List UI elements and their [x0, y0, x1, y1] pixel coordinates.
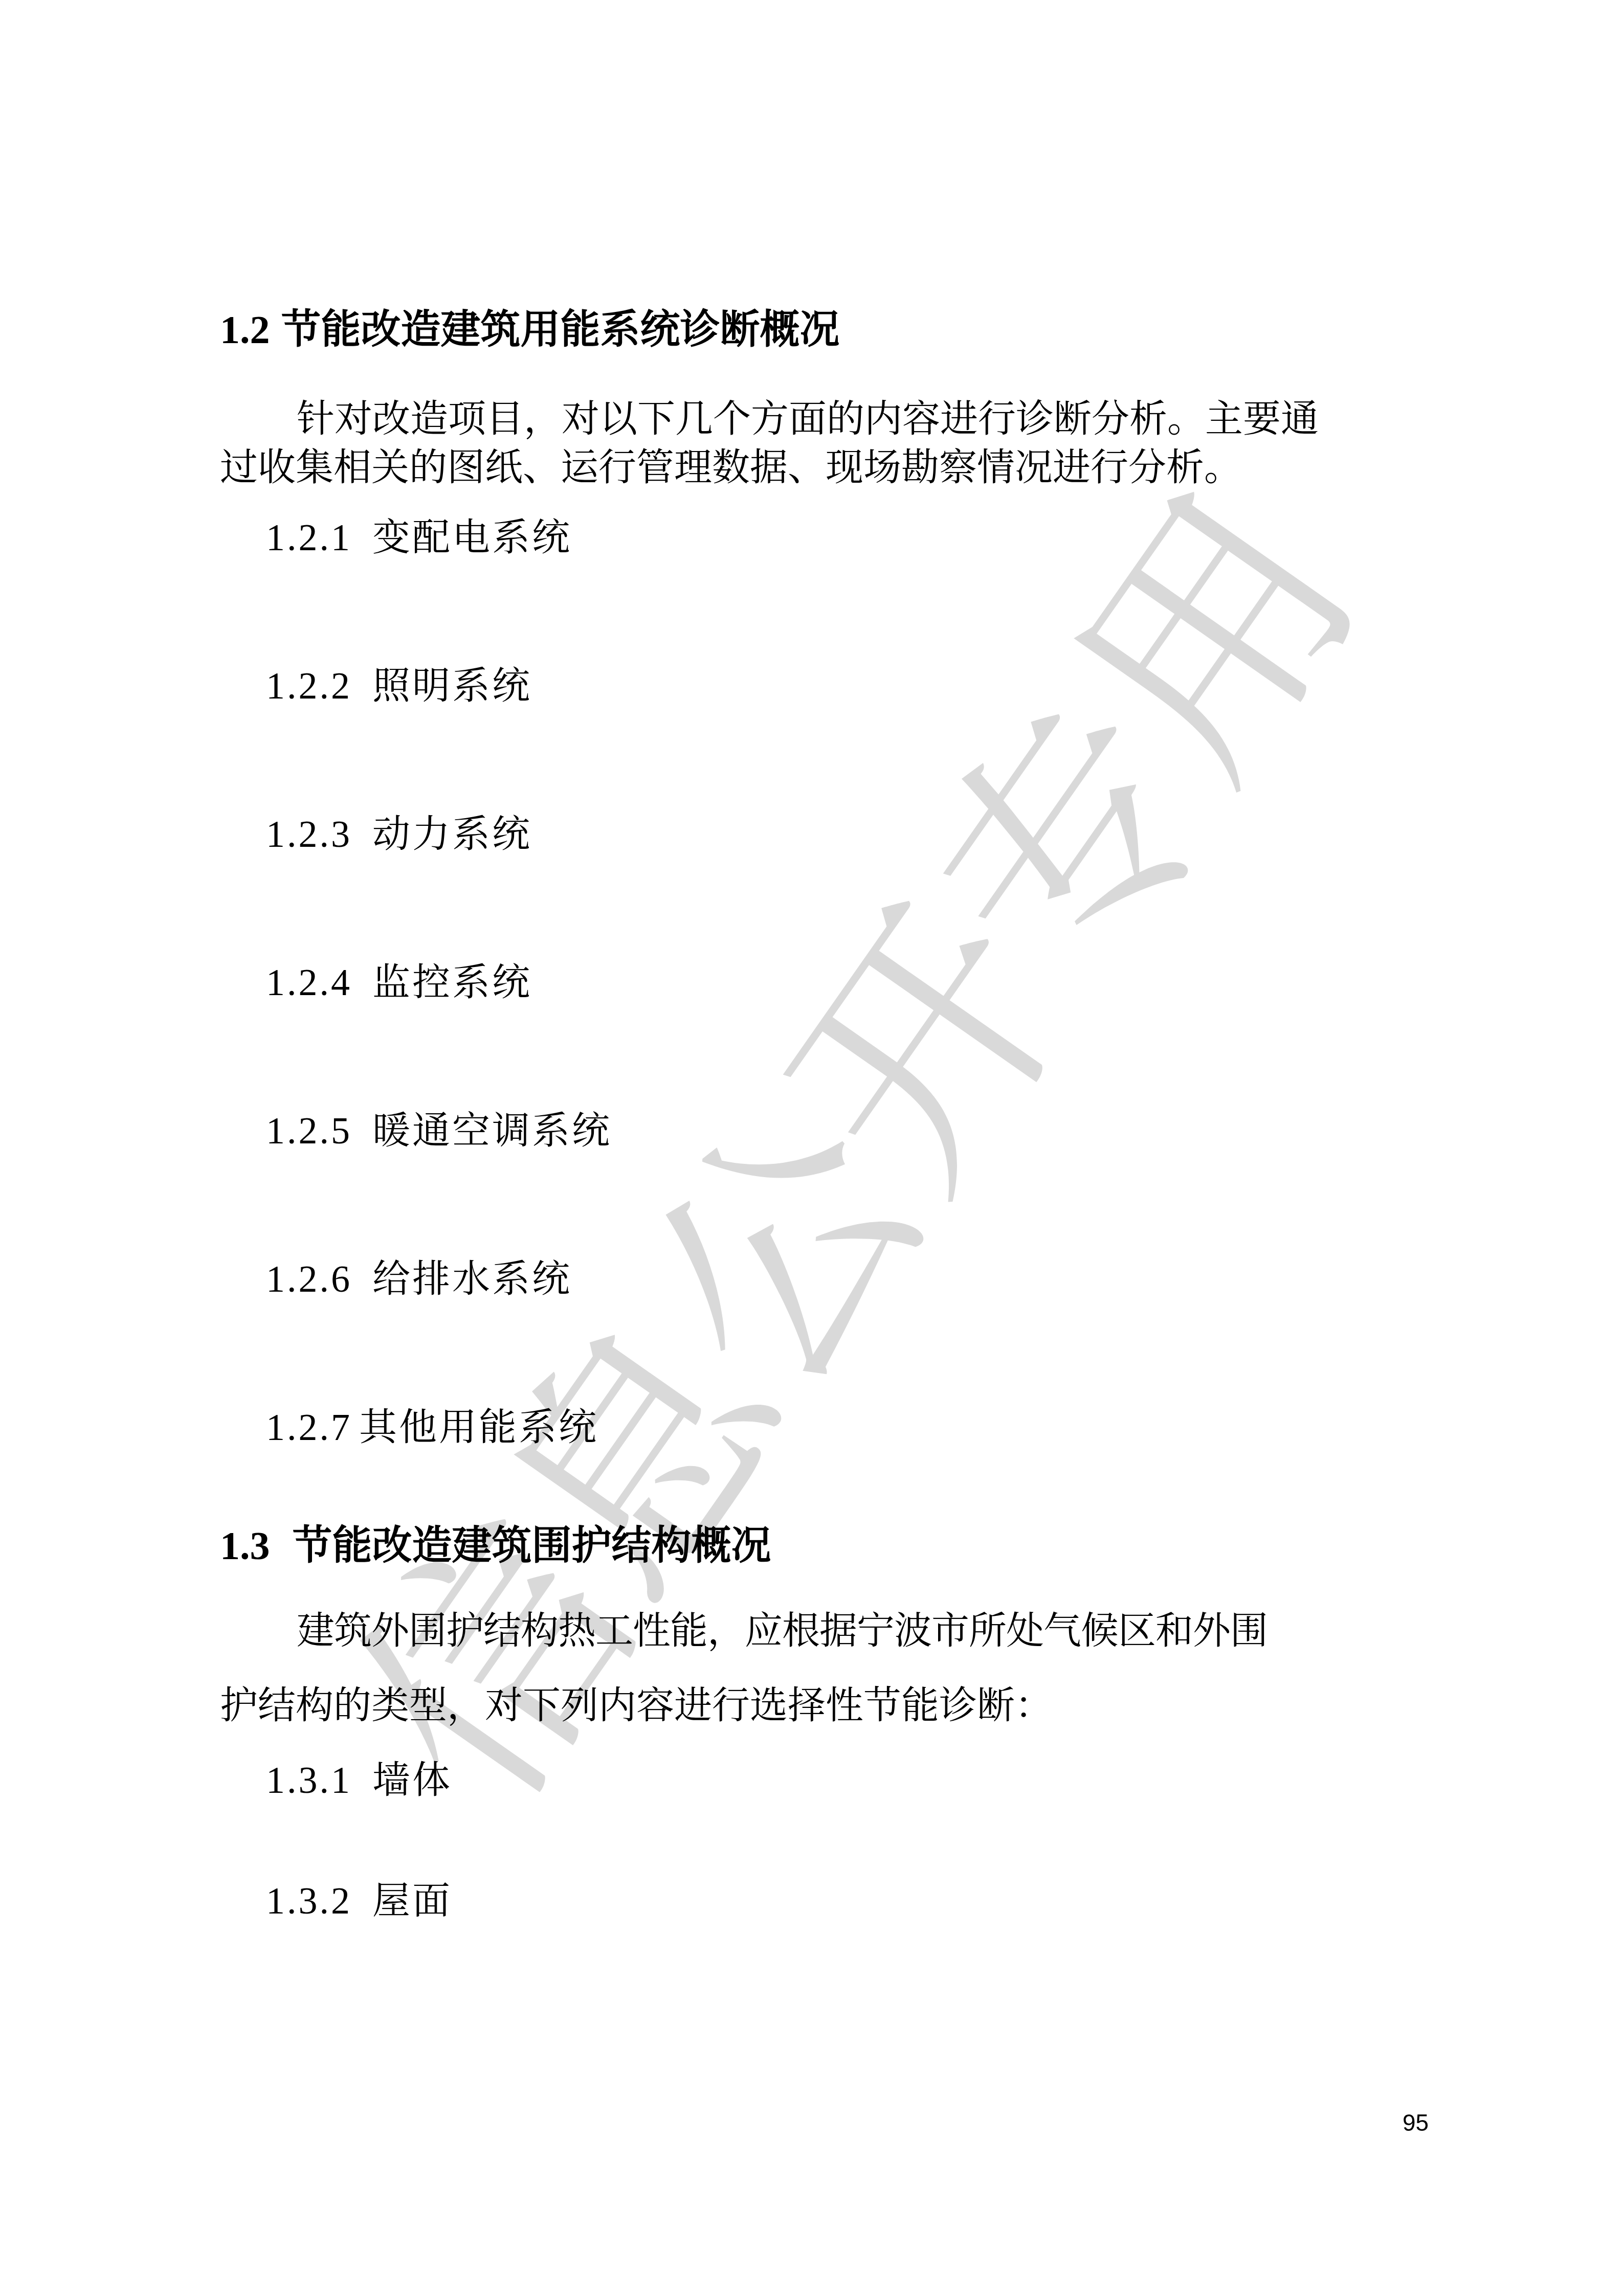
subsection-1-2-1: 1.2.1变配电系统: [266, 519, 572, 557]
subsection-number: 1.2.4: [266, 962, 352, 1004]
subsection-title: 暖通空调系统: [372, 1109, 612, 1153]
subsection-title: 给排水系统: [372, 1257, 572, 1301]
subsection-title: 照明系统: [372, 664, 532, 708]
subsection-title: 其他用能系统: [359, 1405, 598, 1449]
section-heading-1-2: 1.2节能改造建筑用能系统诊断概况: [220, 310, 840, 350]
subsection-number: 1.2.7: [266, 1407, 352, 1449]
subsection-number: 1.2.6: [266, 1258, 352, 1300]
subsection-1-2-3: 1.2.3动力系统: [266, 815, 532, 853]
paragraph-line-1: 建筑外围护结构热工性能，应根据宁波市所处气候区和外围: [220, 1612, 1432, 1650]
subsection-number: 1.3.1: [266, 1760, 352, 1802]
subsection-1-3-1: 1.3.1墙体: [266, 1761, 452, 1799]
subsection-1-2-2: 1.2.2照明系统: [266, 667, 532, 705]
subsection-1-2-5: 1.2.5暖通空调系统: [266, 1112, 612, 1150]
page-number: 95: [1403, 2111, 1429, 2134]
paragraph-line-2: 护结构的类型，对下列内容进行选择性节能诊断：: [220, 1686, 1432, 1724]
subsection-title: 监控系统: [372, 960, 532, 1004]
subsection-title: 动力系统: [372, 812, 532, 856]
subsection-1-2-7: 1.2.7其他用能系统: [266, 1408, 598, 1447]
section-title: 节能改造建筑围护结构概况: [293, 1523, 771, 1569]
subsection-title: 墙体: [372, 1758, 452, 1802]
subsection-1-2-4: 1.2.4监控系统: [266, 963, 532, 1002]
section-heading-1-3: 1.3节能改造建筑围护结构概况: [220, 1526, 771, 1566]
subsection-title: 变配电系统: [372, 515, 572, 559]
document-page: 信息公开专用 1.2节能改造建筑用能系统诊断概况 针对改造项目，对以下几个方面的…: [0, 0, 1624, 2296]
section-title: 节能改造建筑用能系统诊断概况: [281, 307, 840, 353]
subsection-1-3-2: 1.3.2屋面: [266, 1882, 452, 1920]
subsection-number: 1.3.2: [266, 1880, 352, 1922]
subsection-number: 1.2.5: [266, 1110, 352, 1152]
paragraph-line-1: 针对改造项目，对以下几个方面的内容进行诊断分析。主要通: [220, 400, 1432, 438]
subsection-number: 1.2.3: [266, 814, 352, 856]
subsection-number: 1.2.1: [266, 517, 352, 559]
section-number: 1.3: [220, 1523, 270, 1568]
subsection-1-2-6: 1.2.6给排水系统: [266, 1260, 572, 1298]
paragraph-line-2: 过收集相关的图纸、运行管理数据、现场勘察情况进行分析。: [220, 448, 1432, 486]
section-number: 1.2: [220, 307, 270, 352]
subsection-title: 屋面: [372, 1879, 452, 1923]
page-content: 1.2节能改造建筑用能系统诊断概况 针对改造项目，对以下几个方面的内容进行诊断分…: [0, 0, 1624, 2296]
subsection-number: 1.2.2: [266, 665, 352, 707]
